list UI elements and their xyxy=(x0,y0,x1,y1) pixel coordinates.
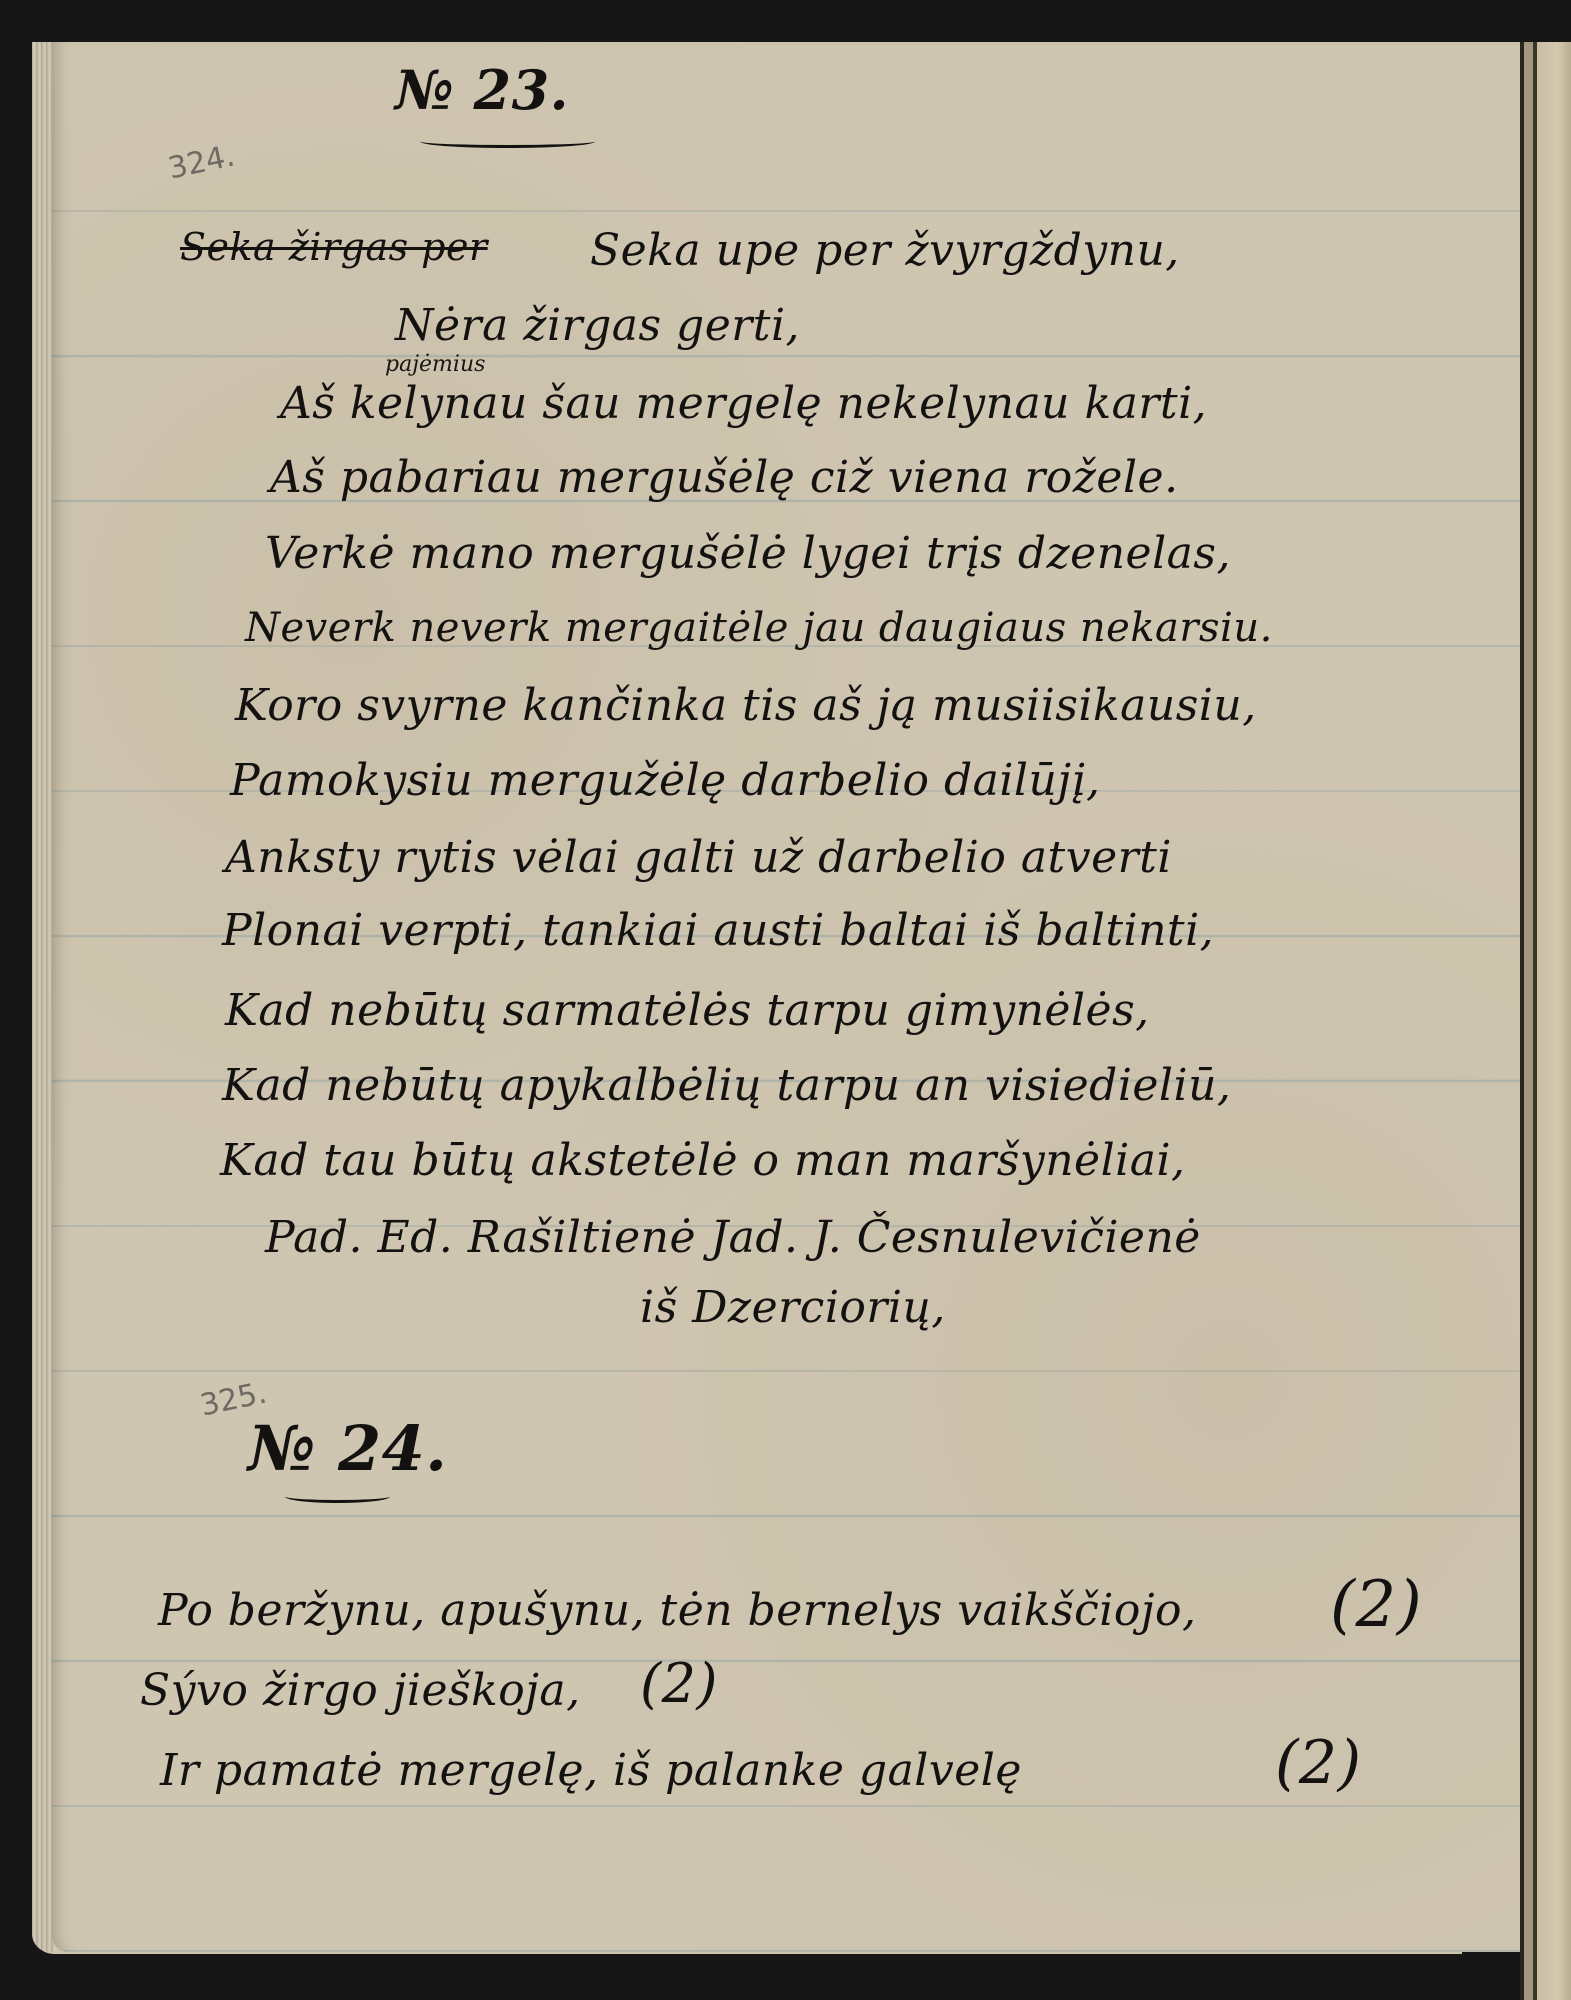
song-23-line-13: Kad tau būtų akstetėlė o man maršynėliai… xyxy=(220,1135,1186,1186)
song-24-line-text: Sývo žirgo jieškoja, xyxy=(140,1665,581,1716)
song-23-attribution: Pad. Ed. Rašiltienė Jad. J. Česnulevičie… xyxy=(265,1212,1201,1263)
next-page-edge xyxy=(1537,42,1571,2000)
interlinear-insert: pajėmius xyxy=(385,352,485,377)
song-23-line-12: Kad nebūtų apykalbėlių tarpu an visiedie… xyxy=(222,1060,1231,1111)
song-24-heading: № 24. xyxy=(248,1412,447,1485)
song-23-line-10: Plonai verpti, tankiai austi baltai iš b… xyxy=(222,905,1214,956)
binding-gap xyxy=(1524,42,1533,2000)
song-23-line-3: Aš kelynau šau mergelę nekelynau karti, xyxy=(280,378,1207,429)
repeat-marker: (2) xyxy=(1275,1728,1362,1798)
song-23-line-6: Neverk neverk mergaitėle jau daugiaus ne… xyxy=(245,605,1273,651)
song-23-heading: № 23. xyxy=(395,58,569,122)
struck-text: Seka žirgas per xyxy=(180,225,488,269)
song-23-line-2: Nėra žirgas gerti, xyxy=(395,300,800,351)
song-23-place: iš Dzerciorių, xyxy=(640,1282,946,1333)
repeat-marker: (2) xyxy=(1330,1568,1422,1642)
song-23-line-9: Anksty rytis vėlai galti už darbelio atv… xyxy=(225,832,1172,883)
song-23-line-7: Koro svyrne kančinka tis aš ją musiisika… xyxy=(235,680,1257,731)
song-23-line-11: Kad nebūtų sarmatėlės tarpu gimynėlės, xyxy=(225,985,1150,1036)
scanned-document: 324. № 23. Seka žirgas per Seka upe per … xyxy=(0,0,1571,2000)
song-24-line-text: Po beržynu, apušynu, tėn bernelys vaikšč… xyxy=(158,1585,1196,1636)
song-23-line-4: Aš pabariau mergušėlę ciž viena rožele. xyxy=(270,452,1179,503)
binding-line xyxy=(1520,42,1524,2000)
heading-underline xyxy=(285,1490,390,1503)
song-23-line-5: Verkė mano mergušėlė lygei trįs dzenelas… xyxy=(265,528,1231,579)
song-24-line-text: Ir pamatė mergelę, iš palanke galvelę xyxy=(160,1745,1022,1796)
song-23-line-1: Seka upe per žvyrgždynu, xyxy=(590,225,1180,276)
heading-underline xyxy=(420,135,595,148)
repeat-marker: (2) xyxy=(640,1652,718,1715)
song-23-line-8: Pamokysiu mergužėlę darbelio dailūjį, xyxy=(230,755,1101,806)
